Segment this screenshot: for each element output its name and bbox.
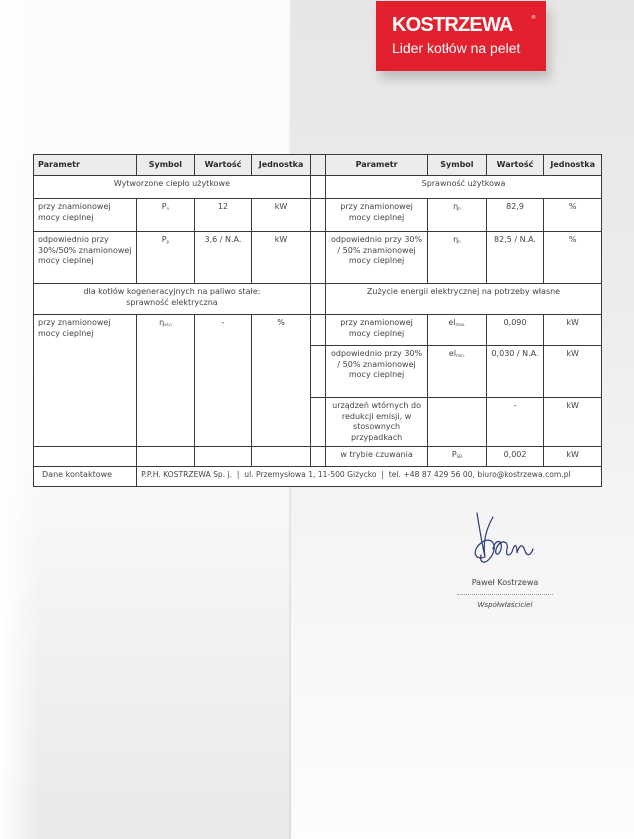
logo-tagline: Lider kotłów na pelet — [392, 40, 520, 56]
signature-icon — [445, 505, 565, 577]
value-cell: 0,002 — [486, 447, 544, 467]
section-efficiency: Sprawność użytkowa — [326, 176, 602, 199]
unit-cell: kW — [544, 398, 602, 447]
table-row: odpowiednio przy 30%/50% znamionowej moc… — [34, 232, 602, 284]
section-heat: Wytworzone ciepło użytkowe — [34, 176, 311, 199]
symbol-cell: elmax. — [428, 315, 487, 346]
header-row: Parametr Symbol Wartość Jednostka Parame… — [34, 155, 602, 176]
value-cell: 12 — [194, 199, 252, 232]
contact-label: Dane kontaktowe — [34, 466, 137, 486]
unit-cell: kW — [252, 199, 311, 232]
value-cell: - — [194, 315, 252, 447]
symbol-cell: Pn — [137, 199, 195, 232]
header-jednostka-right: Jednostka — [544, 155, 602, 176]
symbol-cell — [428, 398, 487, 447]
param-cell: urządzeń wtórnych do redukcji emisji, w … — [326, 398, 428, 447]
product-spec-table: Parametr Symbol Wartość Jednostka Parame… — [33, 154, 602, 487]
value-cell: 0,030 / N.A. — [486, 346, 544, 398]
symbol-cell: Pp — [137, 232, 195, 284]
symbol-cell: elmin. — [428, 346, 487, 398]
header-wartosc: Wartość — [194, 155, 252, 176]
unit-cell: % — [252, 315, 311, 447]
param-cell: przy znamionowej mocy cieplnej — [326, 315, 428, 346]
signatory-role: Współwłaściciel — [445, 601, 565, 609]
table-row: przy znamionowej mocy cieplnej ηel,n - %… — [34, 315, 602, 346]
header-parametr-right: Parametr — [326, 155, 428, 176]
value-cell: 82,9 — [486, 199, 544, 232]
symbol-cell: ηn — [428, 232, 487, 284]
section-cogeneration: dla kotłów kogeneracyjnych na paliwo sta… — [34, 284, 311, 315]
signatory-name: Paweł Kostrzewa — [445, 578, 565, 587]
param-cell: odpowiednio przy 30% / 50% znamionowej m… — [326, 346, 428, 398]
unit-cell: kW — [544, 315, 602, 346]
unit-cell: kW — [252, 232, 311, 284]
contact-details: P.P.H. KOSTRZEWA Sp. j. | ul. Przemysłow… — [137, 466, 602, 486]
table-row: przy znamionowej mocy cieplnej Pn 12 kW … — [34, 199, 602, 232]
unit-cell: kW — [544, 346, 602, 398]
section-electricity: Zużycie energii elektrycznej na potrzeby… — [326, 284, 602, 315]
header-symbol: Symbol — [137, 155, 195, 176]
header-wartosc-right: Wartość — [486, 155, 544, 176]
header-jednostka: Jednostka — [252, 155, 311, 176]
unit-cell: % — [544, 199, 602, 232]
unit-cell: % — [544, 232, 602, 284]
signature-line — [457, 594, 553, 595]
signature-block: Paweł Kostrzewa Współwłaściciel — [445, 505, 565, 620]
header-parametr: Parametr — [34, 155, 137, 176]
value-cell: 82,5 / N.A. — [486, 232, 544, 284]
param-cell: przy znamionowej mocy cieplnej — [34, 315, 137, 447]
section-row: Wytworzone ciepło użytkowe Sprawność uży… — [34, 176, 602, 199]
value-cell: - — [486, 398, 544, 447]
value-cell: 0,090 — [486, 315, 544, 346]
param-cell: odpowiednio przy 30%/50% znamionowej moc… — [34, 232, 137, 284]
table-row: w trybie czuwania PSB 0,002 kW — [34, 447, 602, 467]
symbol-cell: ηn — [428, 199, 487, 232]
param-cell: przy znamionowej mocy cieplnej — [326, 199, 428, 232]
kostrzewa-logo: KOSTRZEWA ® Lider kotłów na pelet — [376, 1, 546, 71]
param-cell: w trybie czuwania — [326, 447, 428, 467]
logo-brand: KOSTRZEWA — [392, 15, 513, 35]
unit-cell: kW — [544, 447, 602, 467]
header-symbol-right: Symbol — [428, 155, 487, 176]
registered-mark: ® — [531, 15, 536, 21]
param-cell: odpowiednio przy 30% / 50% znamionowej m… — [326, 232, 428, 284]
symbol-cell: PSB — [428, 447, 487, 467]
value-cell: 3,6 / N.A. — [194, 232, 252, 284]
section-row: dla kotłów kogeneracyjnych na paliwo sta… — [34, 284, 602, 315]
spacer-column — [310, 155, 325, 176]
param-cell: przy znamionowej mocy cieplnej — [34, 199, 137, 232]
contact-row: Dane kontaktowe P.P.H. KOSTRZEWA Sp. j. … — [34, 466, 602, 486]
symbol-cell: ηel,n — [137, 315, 195, 447]
